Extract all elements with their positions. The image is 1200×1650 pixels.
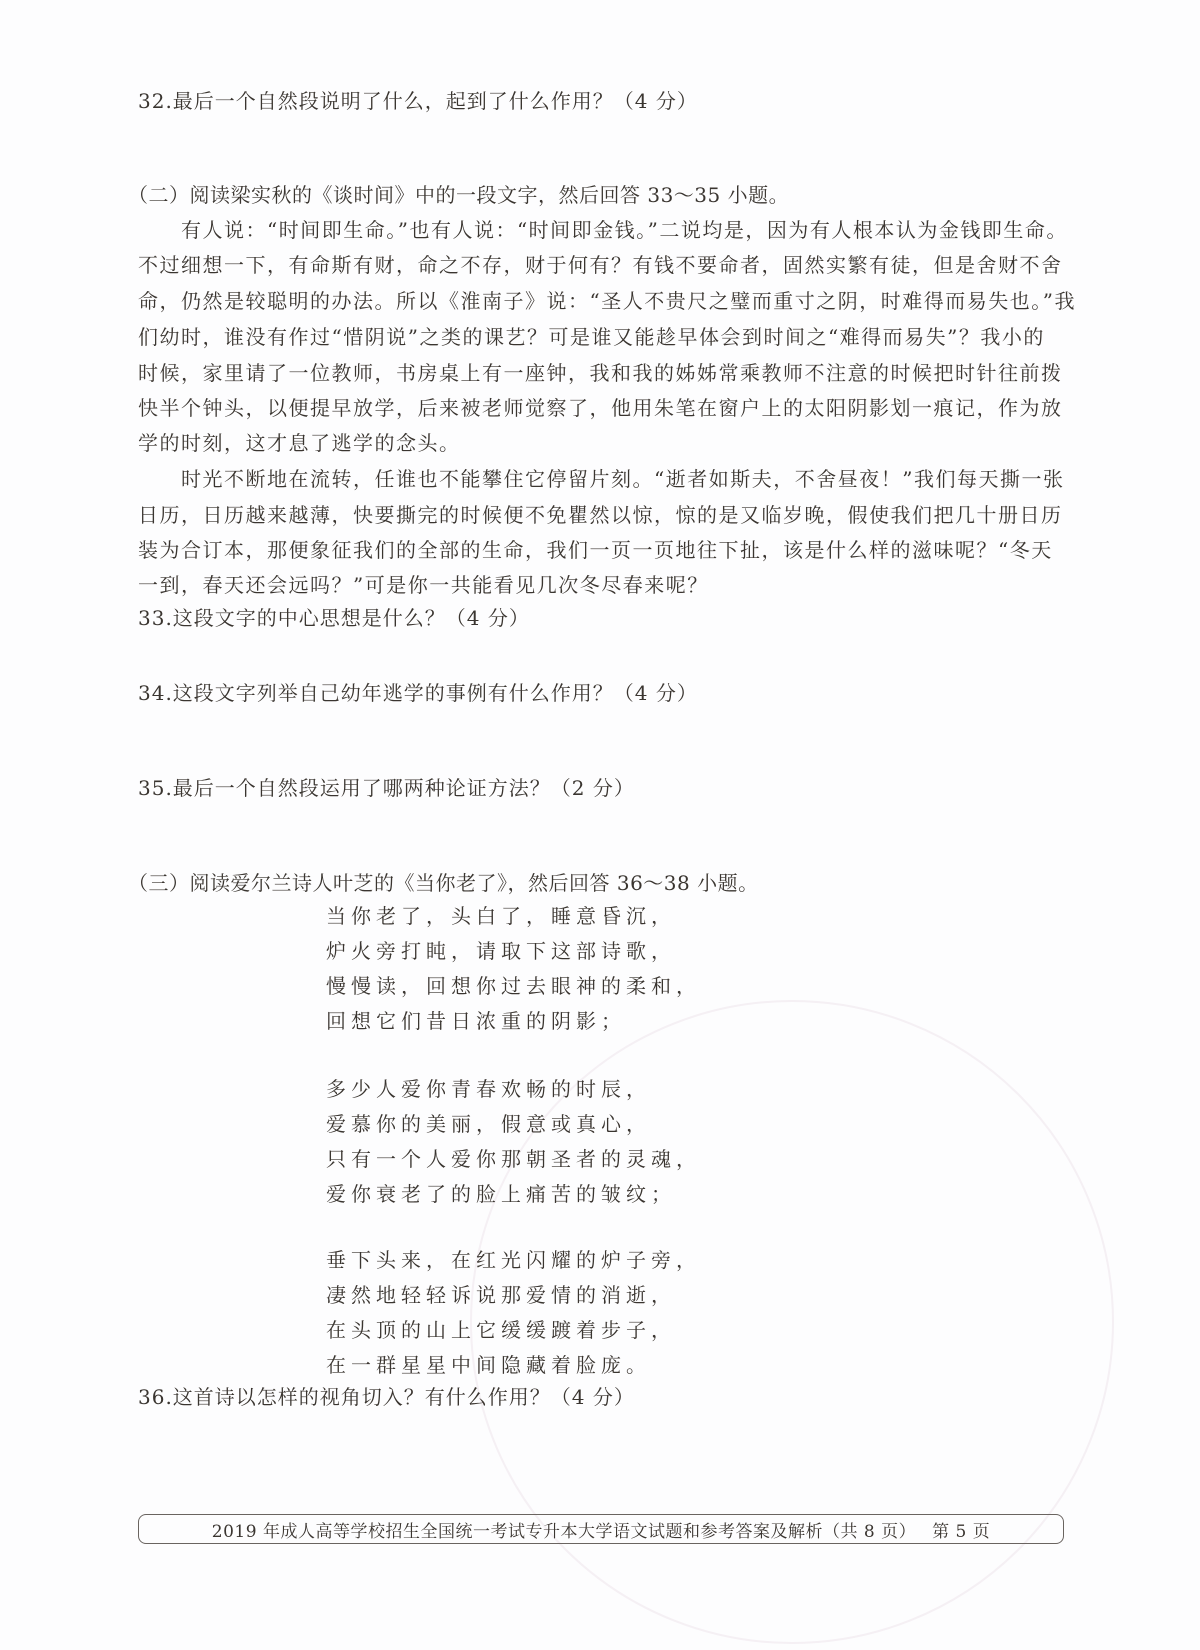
passage-line: 们幼时，谁没有作过“惜阴说”之类的课艺？可是谁又能趁早体会到时间之“难得而易失”… (138, 322, 1045, 352)
passage-line: 时光不断地在流转，任谁也不能攀住它停留片刻。“逝者如斯夫，不舍昼夜！”我们每天撕… (138, 464, 1064, 494)
passage-line: 时候，家里请了一位教师，书房桌上有一座钟，我和我的姊姊常乘教师不注意的时候把时针… (138, 358, 1063, 388)
question-34: 34.这段文字列举自己幼年逃学的事例有什么作用？（4 分） (138, 678, 698, 708)
page-footer: 2019 年成人高等学校招生全国统一考试专升本大学语文试题和参考答案及解析（共 … (138, 1514, 1064, 1544)
section-3-heading: （三）阅读爱尔兰诗人叶芝的《当你老了》，然后回答 36～38 小题。 (128, 868, 759, 898)
passage-line: 装为合订本，那便象征我们的全部的生命，我们一页一页地往下扯，该是什么样的滋味呢？… (138, 535, 1053, 565)
poem-line: 炉火旁打盹，请取下这部诗歌， (326, 936, 676, 966)
passage-line: 不过细想一下，有命斯有财，命之不存，财于何有？有钱不要命者，固然实繁有徒，但是舍… (138, 250, 1063, 280)
section-2-heading: （二）阅读梁实秋的《谈时间》中的一段文字，然后回答 33～35 小题。 (128, 180, 789, 210)
question-33: 33.这段文字的中心思想是什么？（4 分） (138, 603, 530, 633)
passage-line: 一到，春天还会远吗？”可是你一共能看见几次冬尽春来呢？ (138, 570, 709, 600)
poem-line: 爱你衰老了的脸上痛苦的皱纹； (326, 1179, 676, 1209)
footer-title: 2019 年成人高等学校招生全国统一考试专升本大学语文试题和参考答案及解析（共 … (212, 1517, 916, 1542)
poem-line: 当你老了，头白了，睡意昏沉， (326, 901, 676, 931)
poem-line: 爱慕你的美丽，假意或真心， (326, 1109, 651, 1139)
passage-line: 快半个钟头，以便提早放学，后来被老师觉察了，他用朱笔在窗户上的太阳阴影划一痕记，… (138, 393, 1063, 423)
question-36: 36.这首诗以怎样的视角切入？有什么作用？（4 分） (138, 1382, 635, 1412)
poem-line: 在一群星星中间隐藏着脸庞。 (326, 1350, 651, 1380)
passage-line: 日历，日历越来越薄，快要撕完的时候便不免瞿然以惊，惊的是又临岁晚，假使我们把几十… (138, 500, 1063, 530)
passage-line: 学的时刻，这才息了逃学的念头。 (138, 428, 461, 458)
exam-page: 32.最后一个自然段说明了什么，起到了什么作用？（4 分） （二）阅读梁实秋的《… (0, 0, 1200, 1650)
poem-line: 慢慢读，回想你过去眼神的柔和， (326, 971, 701, 1001)
passage-line: 命，仍然是较聪明的办法。所以《淮南子》说：“圣人不贵尺之璧而重寸之阴，时难得而易… (138, 286, 1076, 316)
poem-line: 只有一个人爱你那朝圣者的灵魂， (326, 1144, 701, 1174)
poem-line: 多少人爱你青春欢畅的时辰， (326, 1074, 651, 1104)
page-number: 第 5 页 (932, 1517, 990, 1542)
poem-line: 在头顶的山上它缓缓踱着步子， (326, 1315, 676, 1345)
poem-line: 回想它们昔日浓重的阴影； (326, 1006, 626, 1036)
question-35: 35.最后一个自然段运用了哪两种论证方法？（2 分） (138, 773, 635, 803)
poem-line: 垂下头来，在红光闪耀的炉子旁， (326, 1245, 701, 1275)
question-32: 32.最后一个自然段说明了什么，起到了什么作用？（4 分） (138, 86, 698, 116)
passage-line: 有人说：“时间即生命。”也有人说：“时间即金钱。”二说均是，因为有人根本认为金钱… (138, 215, 1068, 245)
poem-line: 凄然地轻轻诉说那爱情的消逝， (326, 1280, 676, 1310)
